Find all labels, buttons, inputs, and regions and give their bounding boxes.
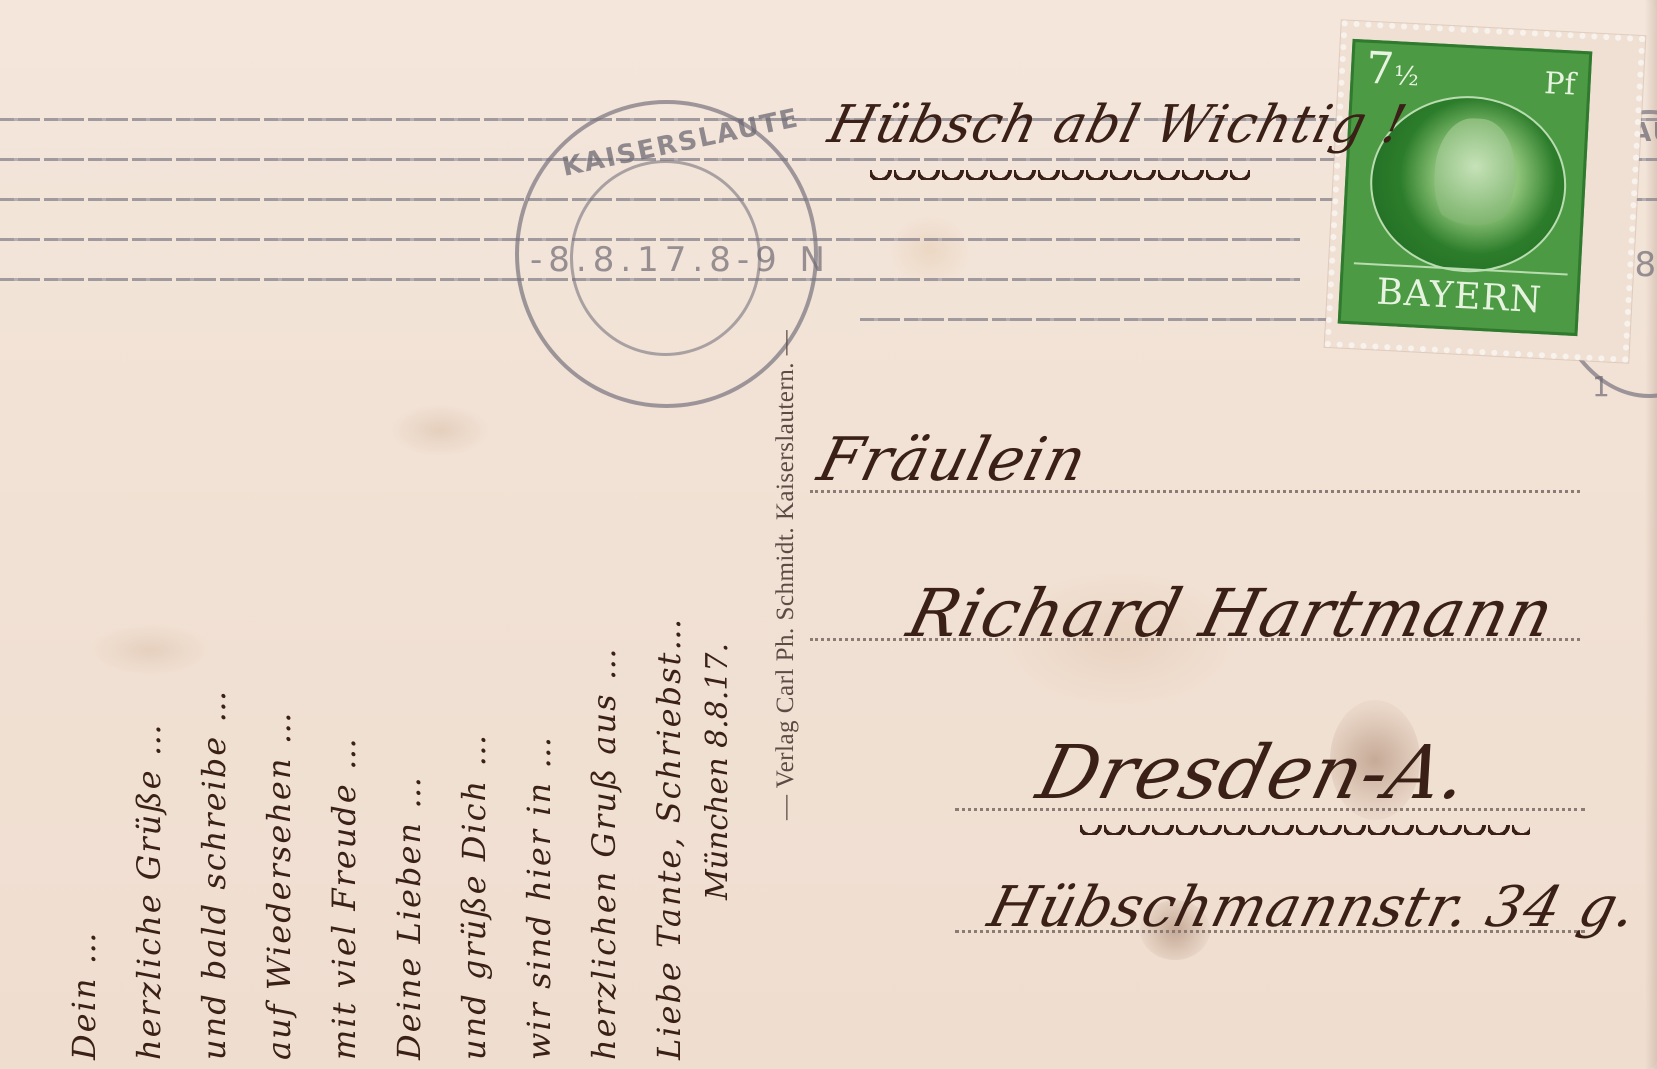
stamp-value-whole: 7	[1365, 43, 1396, 95]
address-salutation: Fräulein	[811, 425, 1094, 495]
message-line: mit viel Freude …	[325, 736, 363, 1060]
stamp-value: 7½	[1365, 47, 1420, 94]
message-line: herzliche Grüße …	[130, 722, 168, 1060]
message-line: Dein …	[65, 930, 103, 1060]
message-date: München 8.8.17.	[700, 643, 735, 900]
message-line: Liebe Tante, Schriebst…	[650, 617, 688, 1060]
address-city-suffix: -A.	[1352, 730, 1478, 816]
message-line: und bald schreibe …	[195, 689, 233, 1060]
stamp-unit: Pf	[1543, 66, 1576, 103]
address-street: Hübschmannstr. 34 g.	[982, 875, 1644, 940]
message-line: wir sind hier in …	[520, 735, 558, 1060]
message-line: auf Wiedersehen …	[260, 710, 298, 1060]
postcard: KAISERSLAUTE -8.8.17.8-9 N SLAU 7.8 1 7½…	[0, 0, 1657, 1069]
message-line: herzlichen Gruß aus …	[585, 646, 623, 1060]
heading-underline	[870, 170, 1250, 180]
cancel-line	[860, 318, 1340, 321]
stamp-value-fraction: ½	[1393, 61, 1420, 92]
address-city: Dresden-A.	[1029, 730, 1478, 816]
city-underline	[1080, 825, 1530, 835]
address-name: Richard Hartmann	[900, 575, 1562, 652]
postage-stamp: 7½ Pf BAYERN	[1338, 39, 1593, 336]
postmark-date: -8.8.17.8-9 N	[530, 240, 831, 280]
postmark-number-right: 1	[1592, 370, 1616, 403]
portrait-face	[1431, 116, 1517, 240]
address-city-name: Dresden	[1029, 730, 1373, 816]
publisher-imprint: — Verlag Carl Ph. Schmidt. Kaiserslauter…	[772, 330, 800, 820]
message-line: Deine Lieben …	[390, 775, 428, 1060]
message-line: und grüße Dich …	[455, 733, 493, 1060]
stamp-country: BAYERN	[1351, 262, 1567, 322]
address-heading: Hübsch abl Wichtig !	[823, 95, 1413, 155]
